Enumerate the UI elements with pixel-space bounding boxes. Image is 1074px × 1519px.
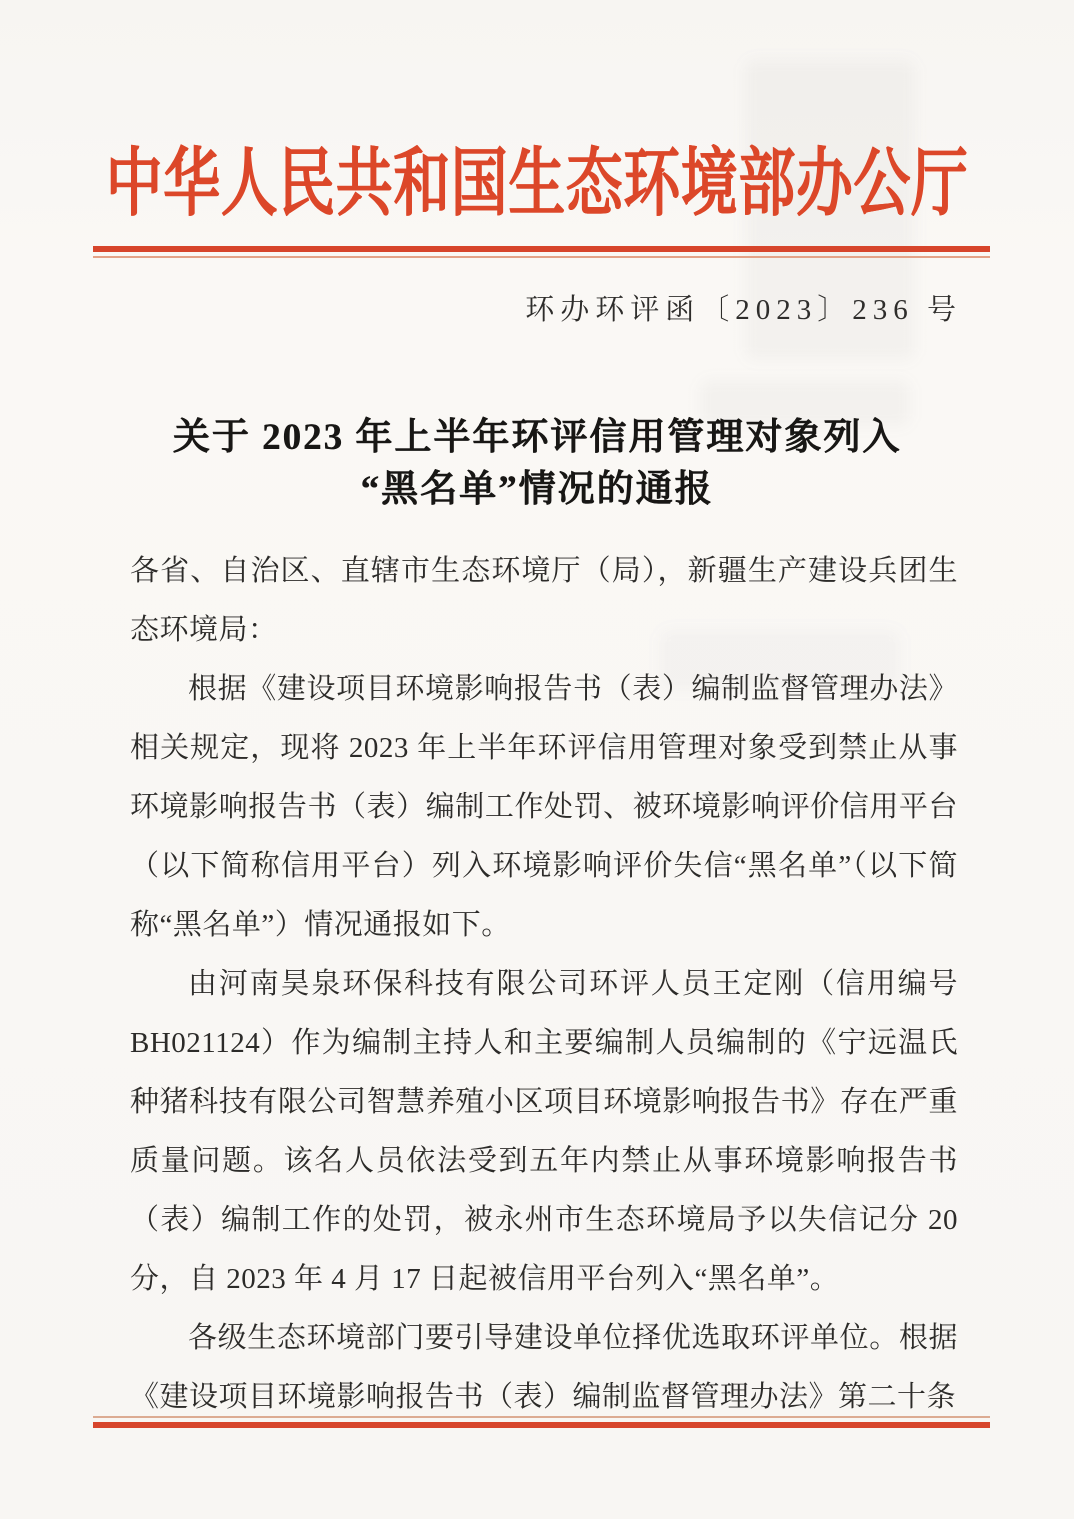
document-body: 各省、自治区、直辖市生态环境厅（局），新疆生产建设兵团生态环境局： 根据《建设项…	[130, 542, 958, 1427]
body-paragraph: 各级生态环境部门要引导建设单位择优选取环评单位。根据《建设项目环境影响报告书（表…	[130, 1309, 958, 1427]
body-paragraph: 由河南昊泉环保科技有限公司环评人员王定刚（信用编号 BH021124）作为编制主…	[130, 955, 958, 1309]
document-title-line-1: 关于 2023 年上半年环评信用管理对象列入	[173, 417, 902, 458]
document-title-line-2: “黑名单”情况的通报	[361, 469, 714, 510]
header-rule-thin	[93, 256, 990, 258]
scanned-document-page: 中华人民共和国生态环境部办公厅 环办环评函〔2023〕236 号 关于 2023…	[0, 0, 1074, 1519]
agency-masthead: 中华人民共和国生态环境部办公厅	[102, 146, 972, 224]
header-rule-thick	[93, 246, 990, 252]
salutation-line: 各省、自治区、直辖市生态环境厅（局），新疆生产建设兵团生态环境局：	[130, 542, 958, 660]
body-paragraph: 根据《建设项目环境影响报告书（表）编制监督管理办法》相关规定，现将 2023 年…	[130, 660, 958, 955]
footer-rule-thick	[93, 1422, 990, 1428]
footer-rule-thin	[93, 1416, 990, 1418]
document-reference-number: 环办环评函〔2023〕236 号	[525, 287, 962, 328]
document-title: 关于 2023 年上半年环评信用管理对象列入 “黑名单”情况的通报	[0, 412, 1074, 516]
